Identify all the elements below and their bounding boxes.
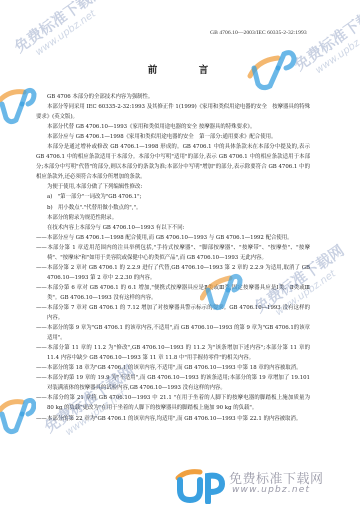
paragraph-text: 本部分的第 9 章为"GB 4706.1 的该章内容,不适用",而 GB 470… xyxy=(47,325,310,341)
brand-footer: 免费标准下载网 www.upbz.net xyxy=(172,468,360,504)
paragraph-text: 本部分的第 18 章为"GB 4706.1 的该章内容,不适用",而 GB 47… xyxy=(47,365,301,371)
document-body: GB 4706 本部分的全部技术内容为强制性。本部分等同采用 IEC 60335… xyxy=(36,92,310,424)
up-logo-icon xyxy=(0,398,36,442)
paragraph: 在技术内容上本部分与 GB 4706.10—1993 有以下不同: xyxy=(36,223,310,233)
brand-url: www.upbz.net xyxy=(232,485,310,495)
paragraph: 本部分的附录为规范性附录。 xyxy=(36,213,310,223)
difference-list-item: ——本部分的第 19 章的 19.9 为"不适用",而 GB 4706.10—1… xyxy=(36,373,310,393)
em-dash-bullet: —— xyxy=(36,243,47,253)
paragraph: 本部分是通过增补或修改 GB 4706.1—1998 形成的。GB 4706.1… xyxy=(36,142,310,182)
difference-list-item: ——本部分第 6 章对 GB 4706.1 的 6.1 增加,"便携式按摩器具应… xyxy=(36,283,310,303)
page-title: 前 言 xyxy=(0,62,360,76)
em-dash-bullet: —— xyxy=(36,393,47,403)
em-dash-bullet: —— xyxy=(36,303,47,313)
up-logo-icon xyxy=(172,468,228,504)
difference-list-item: ——本部分的第 18 章为"GB 4706.1 的该章内容,不适用",而 GB … xyxy=(36,363,310,373)
document-page: GB 4706.10—2003/IEC 60335-2-32:1993 前 言 … xyxy=(0,0,360,508)
difference-list-item: ——本部分的第 22 章为"GB 4706.1 的该章内容,均适用",而 GB … xyxy=(36,414,310,424)
edit-list-item: a) "第一部分"一词改为"GB 4706.1"; xyxy=(36,192,310,202)
em-dash-bullet: —— xyxy=(36,414,47,424)
watermark-top-left: 免费标准下载网 www.upbz.net xyxy=(10,0,114,66)
difference-list-item: ——本部分的第 9 章为"GB 4706.1 的该章内容,不适用",而 GB 4… xyxy=(36,323,310,343)
paragraph-text: 本部分第 6 章对 GB 4706.1 的 6.1 增加,"便携式按摩器具应是Ⅱ… xyxy=(47,285,310,301)
difference-list-item: ——本部分第 11 章的 11.2 为"修改",GB 4706.10—1993 … xyxy=(36,343,310,363)
paragraph-text: 本部分第 1 章适用范围内的注具举例包括,"手持式按摩器"、"脚部按摩器"、"按… xyxy=(47,245,310,261)
paragraph-text: 本部分第 11 章的 11.2 为"修改",GB 4706.10—1993 的 … xyxy=(47,345,310,361)
paragraph-text: 本部分的第 19 章的 19.9 为"不适用",而 GB 4706.10—199… xyxy=(47,375,310,391)
paragraph: 本部分等同采用 IEC 60335-2-32:1993 及其修正件 1(1999… xyxy=(36,102,310,122)
up-logo-icon xyxy=(0,86,40,130)
edit-list-item: b) 用小数点"."代替用做小数点的","。 xyxy=(36,203,310,213)
difference-list-item: ——本部分应与 GB 4706.1—1998 配合使用,而 GB 4706.10… xyxy=(36,233,310,243)
paragraph-text: 本部分的第 21 章将 GB 4706.10—1993 中 21.1 "在用于坐… xyxy=(47,395,310,411)
difference-list-item: ——本部分第 2 章对 GB 4706.1 的 2.2.9 进行了代替,GB 4… xyxy=(36,263,310,283)
paragraph: 为便于使用,本部分做了下列编辑性修改: xyxy=(36,182,310,192)
em-dash-bullet: —— xyxy=(36,323,47,333)
paragraph-text: 本部分的第 22 章为"GB 4706.1 的该章内容,均适用",而 GB 47… xyxy=(47,416,301,422)
em-dash-bullet: —— xyxy=(36,233,47,243)
em-dash-bullet: —— xyxy=(36,343,47,353)
paragraph: GB 4706 本部分的全部技术内容为强制性。 xyxy=(36,92,310,102)
paragraph-text: 本部分第 2 章对 GB 4706.1 的 2.2.9 进行了代替,GB 470… xyxy=(47,265,310,281)
em-dash-bullet: —— xyxy=(36,363,47,373)
standard-number-header: GB 4706.10—2003/IEC 60335-2-32:1993 xyxy=(210,30,307,36)
paragraph: 本部分代替 GB 4706.10—1993《家用和类似用途电器的安全 按摩器具的… xyxy=(36,122,310,132)
em-dash-bullet: —— xyxy=(36,263,47,273)
paragraph-text: 本部分应与 GB 4706.1—1998 配合使用,而 GB 4706.10—1… xyxy=(47,235,293,241)
watermark-url-text: www.upbz.net xyxy=(34,0,115,58)
difference-list-item: ——本部分的第 21 章将 GB 4706.10—1993 中 21.1 "在用… xyxy=(36,393,310,413)
difference-list-item: ——本部分第 7 章对 GB 4706.1 的 7.12 增加了对按摩器具警示标… xyxy=(36,303,310,323)
paragraph-text: 本部分第 7 章对 GB 4706.1 的 7.12 增加了对按摩器具警示标示的… xyxy=(47,305,310,321)
watermark-brand-text: 免费标准下载网 xyxy=(10,0,108,57)
difference-list-item: ——本部分第 1 章适用范围内的注具举例包括,"手持式按摩器"、"脚部按摩器"、… xyxy=(36,243,310,263)
em-dash-bullet: —— xyxy=(36,283,47,293)
em-dash-bullet: —— xyxy=(36,373,47,383)
paragraph: 本部分应与 GB 4706.1—1998《家用和类似用途电器的安全 第一部分:通… xyxy=(36,132,310,142)
